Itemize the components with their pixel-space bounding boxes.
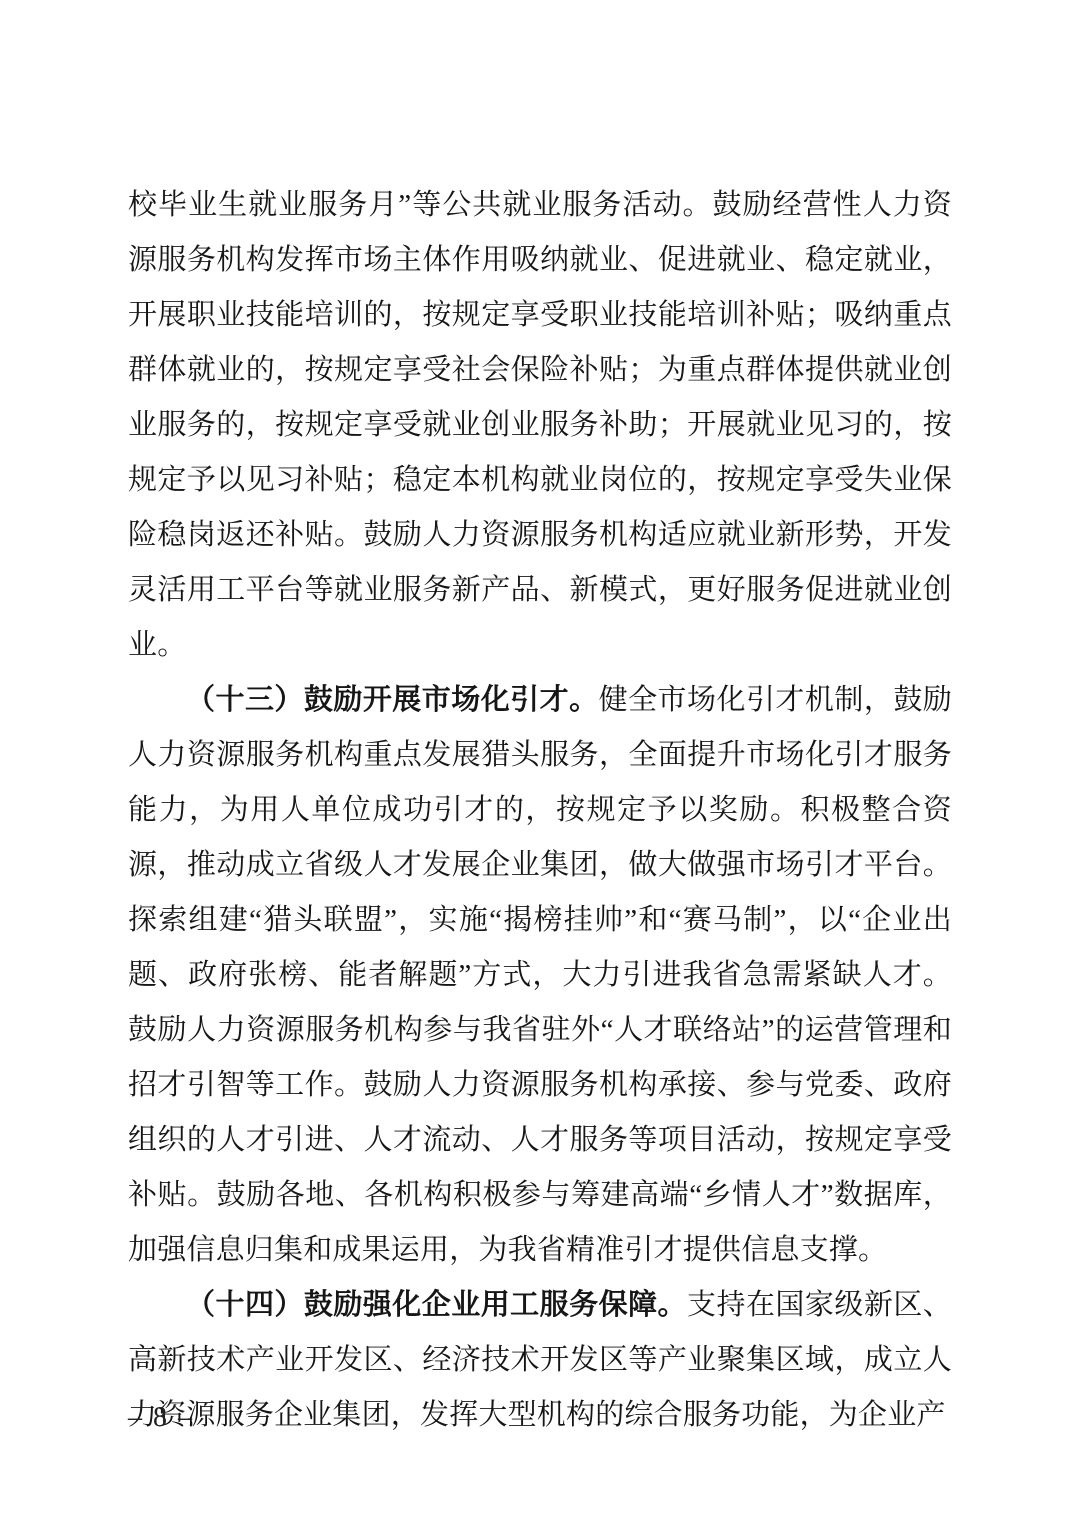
paragraph-section-13: （十三）鼓励开展市场化引才。健全市场化引才机制，鼓励人力资源服务机构重点发展猎头… <box>128 673 952 1278</box>
section-14-heading: （十四）鼓励强化企业用工服务保障。 <box>186 1289 687 1321</box>
section-13-heading: （十三）鼓励开展市场化引才。 <box>186 684 599 716</box>
document-body: 校毕业生就业服务月”等公共就业服务活动。鼓励经营性人力资源服务机构发挥市场主体作… <box>128 178 952 1443</box>
section-13-text: 健全市场化引才机制，鼓励人力资源服务机构重点发展猎头服务，全面提升市场化引才服务… <box>128 684 952 1266</box>
document-page: 校毕业生就业服务月”等公共就业服务活动。鼓励经营性人力资源服务机构发挥市场主体作… <box>0 0 1080 1527</box>
paragraph-continuation: 校毕业生就业服务月”等公共就业服务活动。鼓励经营性人力资源服务机构发挥市场主体作… <box>128 178 952 673</box>
paragraph-section-14: （十四）鼓励强化企业用工服务保障。支持在国家级新区、高新技术产业开发区、经济技术… <box>128 1278 952 1443</box>
page-number: – 8 – <box>128 1398 194 1438</box>
